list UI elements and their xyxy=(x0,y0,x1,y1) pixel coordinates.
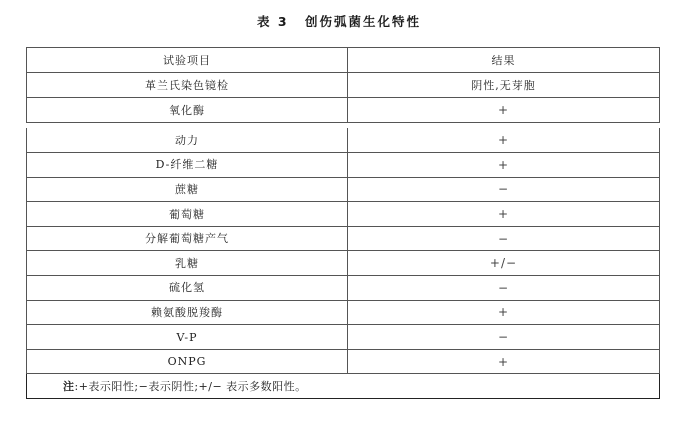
test-result: − xyxy=(348,276,660,301)
test-result: +/− xyxy=(348,251,660,276)
test-result: + xyxy=(348,202,660,227)
test-item: ONPG xyxy=(27,349,348,374)
test-item: 动力 xyxy=(27,128,348,153)
header-test-item: 试验项目 xyxy=(27,48,348,73)
test-item: D-纤维二糖 xyxy=(27,153,348,178)
biochemical-table-part-2: 动力 + D-纤维二糖 + 蔗糖 − 葡萄糖 + 分解葡萄糖产气 − 乳糖 +/… xyxy=(26,128,660,399)
table-title: 创伤弧菌生化特性 xyxy=(305,14,421,29)
table-row: V-P − xyxy=(27,325,660,350)
test-result: 阴性,无芽胞 xyxy=(348,73,660,98)
test-result: + xyxy=(348,153,660,178)
test-result: + xyxy=(348,128,660,153)
table-row: 蔗糖 − xyxy=(27,177,660,202)
table-row: 乳糖 +/− xyxy=(27,251,660,276)
biochemical-table-part-1: 试验项目 结果 革兰氏染色镜检 阴性,无芽胞 氧化酶 + xyxy=(26,47,660,123)
table-row: 葡萄糖 + xyxy=(27,202,660,227)
note-label: 注 xyxy=(63,380,75,393)
table-row: 硫化氢 − xyxy=(27,276,660,301)
table-row: 革兰氏染色镜检 阴性,无芽胞 xyxy=(27,73,660,98)
test-item: 蔗糖 xyxy=(27,177,348,202)
test-item: V-P xyxy=(27,325,348,350)
table-row: ONPG + xyxy=(27,349,660,374)
header-result: 结果 xyxy=(348,48,660,73)
table-number: 表 3 xyxy=(257,14,289,29)
test-result: − xyxy=(348,177,660,202)
table-header-row: 试验项目 结果 xyxy=(27,48,660,73)
table-note: 注:+表示阳性;−表示阴性;+/− 表示多数阳性。 xyxy=(27,374,660,399)
test-result: + xyxy=(348,349,660,374)
test-item: 硫化氢 xyxy=(27,276,348,301)
test-item: 氧化酶 xyxy=(27,98,348,123)
test-item: 革兰氏染色镜检 xyxy=(27,73,348,98)
table-row: D-纤维二糖 + xyxy=(27,153,660,178)
table-row: 分解葡萄糖产气 − xyxy=(27,226,660,251)
table-row: 动力 + xyxy=(27,128,660,153)
test-result: + xyxy=(348,300,660,325)
test-item: 乳糖 xyxy=(27,251,348,276)
test-item: 赖氨酸脱羧酶 xyxy=(27,300,348,325)
test-item: 分解葡萄糖产气 xyxy=(27,226,348,251)
table-row: 赖氨酸脱羧酶 + xyxy=(27,300,660,325)
table-caption: 表 3 创伤弧菌生化特性 xyxy=(0,12,678,30)
table-note-row: 注:+表示阳性;−表示阴性;+/− 表示多数阳性。 xyxy=(27,374,660,399)
test-item: 葡萄糖 xyxy=(27,202,348,227)
note-text: :+表示阳性;−表示阴性;+/− 表示多数阳性。 xyxy=(75,380,307,393)
table-row: 氧化酶 + xyxy=(27,98,660,123)
test-result: − xyxy=(348,325,660,350)
test-result: + xyxy=(348,98,660,123)
test-result: − xyxy=(348,226,660,251)
